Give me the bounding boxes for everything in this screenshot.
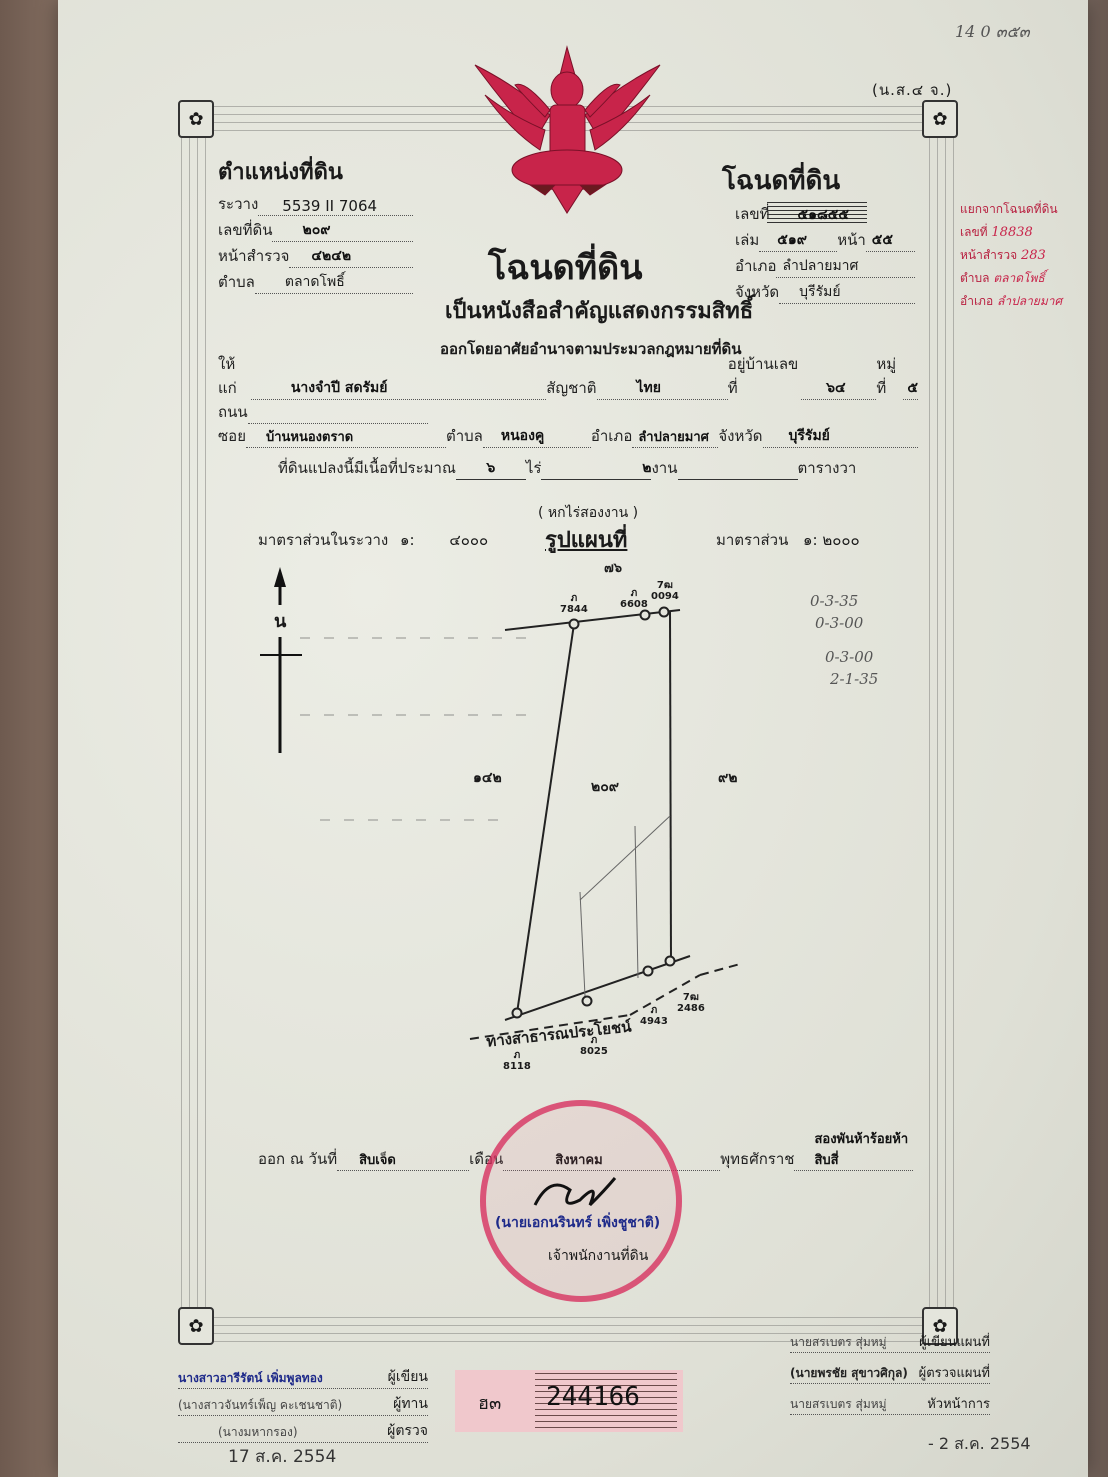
field-value: ๕๕ [866,229,915,252]
corner-handwritten-note: 14 0 ๓๕๓ [955,20,1030,45]
house-no-value: ๖๔ [801,377,876,400]
field-row-land-no: เลขที่ดิน ๒๐๙ [218,216,413,242]
field-label: ตำบล [218,270,255,294]
nationality-value: ไทย [597,377,728,400]
map-heading: รูปแผนที่ [545,522,627,557]
field-row-sheet: ระวาง 5539 II 7064 [218,190,413,216]
land-position-heading: ตำแหน่งที่ดิน [218,154,343,189]
area-rai-label: ไร่ [526,456,542,480]
area-row: ที่ดินแปลงนี้มีเนื้อที่ประมาณ ๖ ไร่ ๒ งา… [218,448,918,480]
form-code: (น.ส.๔ จ.) [872,78,952,102]
moo-value: ๕ [903,377,918,400]
neighbor-north: ๗๖ [604,557,622,578]
soi-label: ซอย [218,424,246,448]
road-value [248,423,428,424]
field-label: อำเภอ [735,254,776,278]
footer-right-signatories: นายสรเบตร สุ่มหมู่ ผู้เขียนแผนที่ (นายพร… [790,1322,990,1415]
house-no-label: อยู่บ้านเลขที่ [728,352,801,400]
road-label: ถนน [218,400,248,424]
subdistrict-label: ตำบล [446,424,483,448]
split-note-row: อำเภอ ลำปลายมาศ [960,290,1072,313]
split-note-row: ตำบล ตลาดโพธิ์ [960,267,1072,290]
boundary-marker: ภ4943 [640,1005,668,1027]
boundary-marker: 7ฒ0094 [651,580,679,602]
field-label: เล่ม [735,228,759,252]
map-sheet-scale-value: ๑: ๔๐๐๐ [400,528,488,552]
split-from-note: แยกจากโฉนดที่ดิน เลขที่ 18838 หน้าสำรวจ … [960,198,1072,313]
footer-right-date-stamp: - 2 ส.ค. 2554 [928,1432,1031,1457]
document-title: โฉนดที่ดิน [488,240,642,294]
field-row-volume: เล่ม ๕๑๙ หน้า ๕๕ [735,226,915,252]
district-label: อำเภอ [591,424,632,448]
province-label: จังหวัด [718,424,762,448]
owner-name: นางจำปี สดรัมย์ [251,377,546,400]
area-rai-value: ๖ [456,457,526,480]
issued-date-label: ออก ณ วันที่ [258,1147,337,1171]
garuda-emblem-icon [465,45,670,215]
signatory-row: นายสรเบตร สุ่มหมู่ หัวหน้าการ [790,1384,990,1415]
document-subtitle: เป็นหนังสือสำคัญแสดงกรรมสิทธิ์ [445,293,753,328]
moo-label: หมู่ที่ [876,352,903,400]
deed-number: ๕๑๘๕๕ [797,204,848,226]
area-in-words: ( หกไร่สองงาน ) [538,502,638,524]
field-label: หน้า [837,228,866,252]
boundary-marker: ภ6608 [620,588,648,610]
area-label: ที่ดินแปลงนี้มีเนื้อที่ประมาณ [278,456,456,480]
corner-ornament-icon: ✿ [178,100,214,138]
map-scale-label: มาตราส่วน [716,528,788,552]
handwritten-area-notes: 0-3-35 0-3-00 0-3-00 2-1-35 [810,590,878,690]
owner-row-2: ถนน [218,400,918,424]
corner-ornament-icon: ✿ [178,1307,214,1345]
serial-number: 244166 [546,1382,640,1412]
district-value: ลำปลายมาศ [632,426,718,448]
nationality-label: สัญชาติ [546,376,596,400]
split-note-row: หน้าสำรวจ 283 [960,244,1072,267]
field-label: หน้าสำรวจ [218,244,289,268]
signatory-row: นายสรเบตร สุ่มหมู่ ผู้เขียนแผนที่ [790,1322,990,1353]
area-ngan-label: งาน [651,456,677,480]
neighbor-west: ๑๔๒ [473,767,502,789]
owner-block: ให้แก่ นางจำปี สดรัมย์ สัญชาติ ไทย อยู่บ… [218,372,918,480]
deed-fields: เลขที่ ๕๑๘๕๕ เล่ม ๕๑๙ หน้า ๕๕ อำเภอ ลำปล… [735,198,915,304]
field-value: ๔๒๔๒ [289,245,413,268]
boundary-marker: ภ8118 [503,1050,531,1072]
deed-heading: โฉนดที่ดิน [722,160,840,201]
year-label: พุทธศักราช [720,1147,794,1171]
map-scale-value: ๑: ๒๐๐๐ [803,528,860,552]
owner-row-3: ซอย บ้านหนองตราด ตำบล หนองคู อำเภอ ลำปลา… [218,424,918,448]
field-row-survey-page: หน้าสำรวจ ๔๒๔๒ [218,242,413,268]
border-text-left [178,134,210,1311]
given-to-label: ให้แก่ [218,352,251,400]
parcel-number: ๒๐๙ [591,776,619,798]
owner-row-1: ให้แก่ นางจำปี สดรัมย์ สัญชาติ ไทย อยู่บ… [218,372,918,400]
neighbor-east: ๙๒ [718,767,737,789]
split-note-heading: แยกจากโฉนดที่ดิน [960,198,1072,221]
field-label: เลขที่ [735,202,769,226]
field-value: ๒๐๙ [272,219,413,242]
province-value: บุรีรัมย์ [763,425,918,448]
footer-left-date-stamp: 17 ส.ค. 2554 [228,1443,336,1470]
boundary-marker: ภ8025 [580,1035,608,1057]
boundary-marker: ภ7844 [560,593,588,615]
issued-day: สิบเจ็ด [337,1149,469,1171]
footer-left-signatories: นางสาวอารีรัตน์ เพิ่มพูลทอง ผู้เขียน (นา… [178,1362,428,1443]
soi-value: บ้านหนองตราด [246,426,446,448]
boundary-marker: 7ฒ2486 [677,992,705,1014]
corner-ornament-icon: ✿ [922,100,958,138]
field-label: เลขที่ดิน [218,218,272,242]
map-sheet-scale-label: มาตราส่วนในระวาง [258,528,388,552]
area-wa-label: ตารางวา [798,456,857,480]
signatory-row: นางสาวอารีรัตน์ เพิ่มพูลทอง ผู้เขียน [178,1362,428,1389]
field-label: ระวาง [218,192,258,216]
officer-name: (นายเอกนรินทร์ เพิ่งชูชาติ) [495,1212,660,1234]
field-value: ลำปลายมาศ [776,255,915,278]
field-row-district: อำเภอ ลำปลายมาศ [735,252,915,278]
field-row-subdistrict: ตำบล ตลาดโพธิ์ [218,268,413,294]
officer-title: เจ้าพนักงานที่ดิน [548,1245,648,1267]
issued-year: สองพันห้าร้อยห้าสิบสี่ [794,1128,913,1171]
field-value: ๕๑๙ [759,229,837,252]
signatory-row: (นายพรชัย สุขาวศิกุล) ผู้ตรวจแผนที่ [790,1353,990,1384]
field-value: 5539 II 7064 [258,197,413,216]
split-note-row: เลขที่ 18838 [960,221,1072,244]
area-ngan-value: ๒ [541,457,651,480]
issued-by-line: ออกโดยอาศัยอำนาจตามประมวลกฎหมายที่ดิน [440,337,742,361]
land-position-fields: ระวาง 5539 II 7064 เลขที่ดิน ๒๐๙ หน้าสำร… [218,190,413,294]
signatory-row: (นางมหากรอง) ผู้ตรวจ [178,1416,428,1443]
subdistrict-value: หนองคู [483,425,591,448]
serial-prefix: ฮ๓ [478,1388,501,1417]
signatory-row: (นางสาวจันทร์เพ็ญ คะเชนชาติ) ผู้ทาน [178,1389,428,1416]
field-value: ตลาดโพธิ์ [255,271,413,294]
field-value: บุรีรัมย์ [779,281,915,304]
area-wa-value [678,479,798,480]
field-row-province: จังหวัด บุรีรัมย์ [735,278,915,304]
